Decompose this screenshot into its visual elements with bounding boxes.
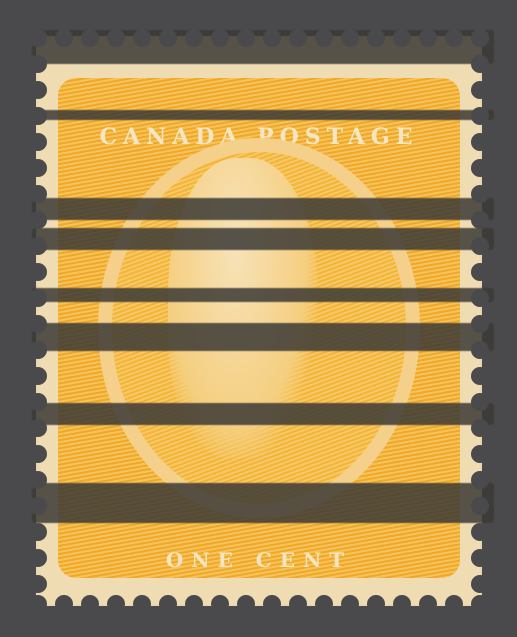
cancel-bar bbox=[32, 228, 494, 250]
perforation bbox=[341, 29, 359, 47]
perforation bbox=[29, 263, 47, 281]
perforation bbox=[29, 211, 47, 229]
cancel-bar bbox=[32, 288, 494, 302]
perforation bbox=[29, 237, 47, 255]
perforation bbox=[471, 595, 489, 613]
perforation bbox=[445, 595, 463, 613]
perforation bbox=[29, 497, 47, 515]
perforation bbox=[29, 393, 47, 411]
perforation bbox=[29, 471, 47, 489]
perforation bbox=[471, 471, 489, 489]
perforation bbox=[471, 133, 489, 151]
perforation bbox=[471, 237, 489, 255]
perforation bbox=[29, 289, 47, 307]
perforation bbox=[471, 393, 489, 411]
perforation bbox=[29, 595, 47, 613]
perforation bbox=[211, 29, 229, 47]
postage-stamp: CANADA POSTAGE ONE CENT bbox=[38, 38, 480, 604]
perforation bbox=[29, 81, 47, 99]
perforation bbox=[471, 81, 489, 99]
perforation bbox=[419, 29, 437, 47]
perforation bbox=[367, 29, 385, 47]
perforation bbox=[341, 595, 359, 613]
perforation bbox=[315, 29, 333, 47]
perforation bbox=[289, 595, 307, 613]
perforation bbox=[29, 107, 47, 125]
perforation bbox=[471, 575, 489, 593]
perforation bbox=[471, 289, 489, 307]
perforation bbox=[29, 133, 47, 151]
perforation bbox=[185, 29, 203, 47]
cancel-bar bbox=[32, 323, 494, 351]
perforation bbox=[471, 185, 489, 203]
perforation bbox=[29, 341, 47, 359]
perforation bbox=[445, 29, 463, 47]
perforation bbox=[393, 595, 411, 613]
perforation bbox=[471, 549, 489, 567]
perforation bbox=[29, 185, 47, 203]
perforation bbox=[471, 315, 489, 333]
perforation bbox=[471, 263, 489, 281]
perforation bbox=[55, 595, 73, 613]
perforation bbox=[107, 595, 125, 613]
perforation bbox=[107, 29, 125, 47]
perforation bbox=[471, 419, 489, 437]
perforation bbox=[29, 29, 47, 47]
perforation bbox=[419, 595, 437, 613]
perforation bbox=[237, 29, 255, 47]
perforation bbox=[29, 445, 47, 463]
perforation bbox=[29, 575, 47, 593]
cancel-bar bbox=[32, 403, 494, 425]
perforation bbox=[29, 419, 47, 437]
perforation bbox=[159, 29, 177, 47]
perforation bbox=[471, 367, 489, 385]
cancel-bar bbox=[32, 483, 494, 523]
perforation bbox=[315, 595, 333, 613]
perforation bbox=[263, 29, 281, 47]
perforation bbox=[289, 29, 307, 47]
perforation bbox=[133, 29, 151, 47]
perforation bbox=[29, 523, 47, 541]
cancel-bar bbox=[32, 110, 494, 120]
perforation bbox=[29, 549, 47, 567]
perforation bbox=[471, 107, 489, 125]
perforation bbox=[29, 159, 47, 177]
perforation bbox=[471, 341, 489, 359]
perforation bbox=[55, 29, 73, 47]
perforation bbox=[393, 29, 411, 47]
perforation bbox=[471, 523, 489, 541]
perforation bbox=[471, 445, 489, 463]
stamp-bottom-inscription: ONE CENT bbox=[58, 548, 460, 572]
perforation bbox=[29, 55, 47, 73]
perforation bbox=[211, 595, 229, 613]
perforation bbox=[471, 497, 489, 515]
perforation bbox=[471, 55, 489, 73]
perforation bbox=[29, 315, 47, 333]
perforation bbox=[185, 595, 203, 613]
perforation bbox=[81, 595, 99, 613]
perforation bbox=[367, 595, 385, 613]
perforation bbox=[263, 595, 281, 613]
cancel-bar bbox=[32, 198, 494, 220]
perforation bbox=[159, 595, 177, 613]
perforation bbox=[471, 159, 489, 177]
perforation bbox=[237, 595, 255, 613]
perforation bbox=[471, 29, 489, 47]
perforation bbox=[81, 29, 99, 47]
perforation bbox=[29, 367, 47, 385]
perforation bbox=[471, 211, 489, 229]
perforation bbox=[133, 595, 151, 613]
